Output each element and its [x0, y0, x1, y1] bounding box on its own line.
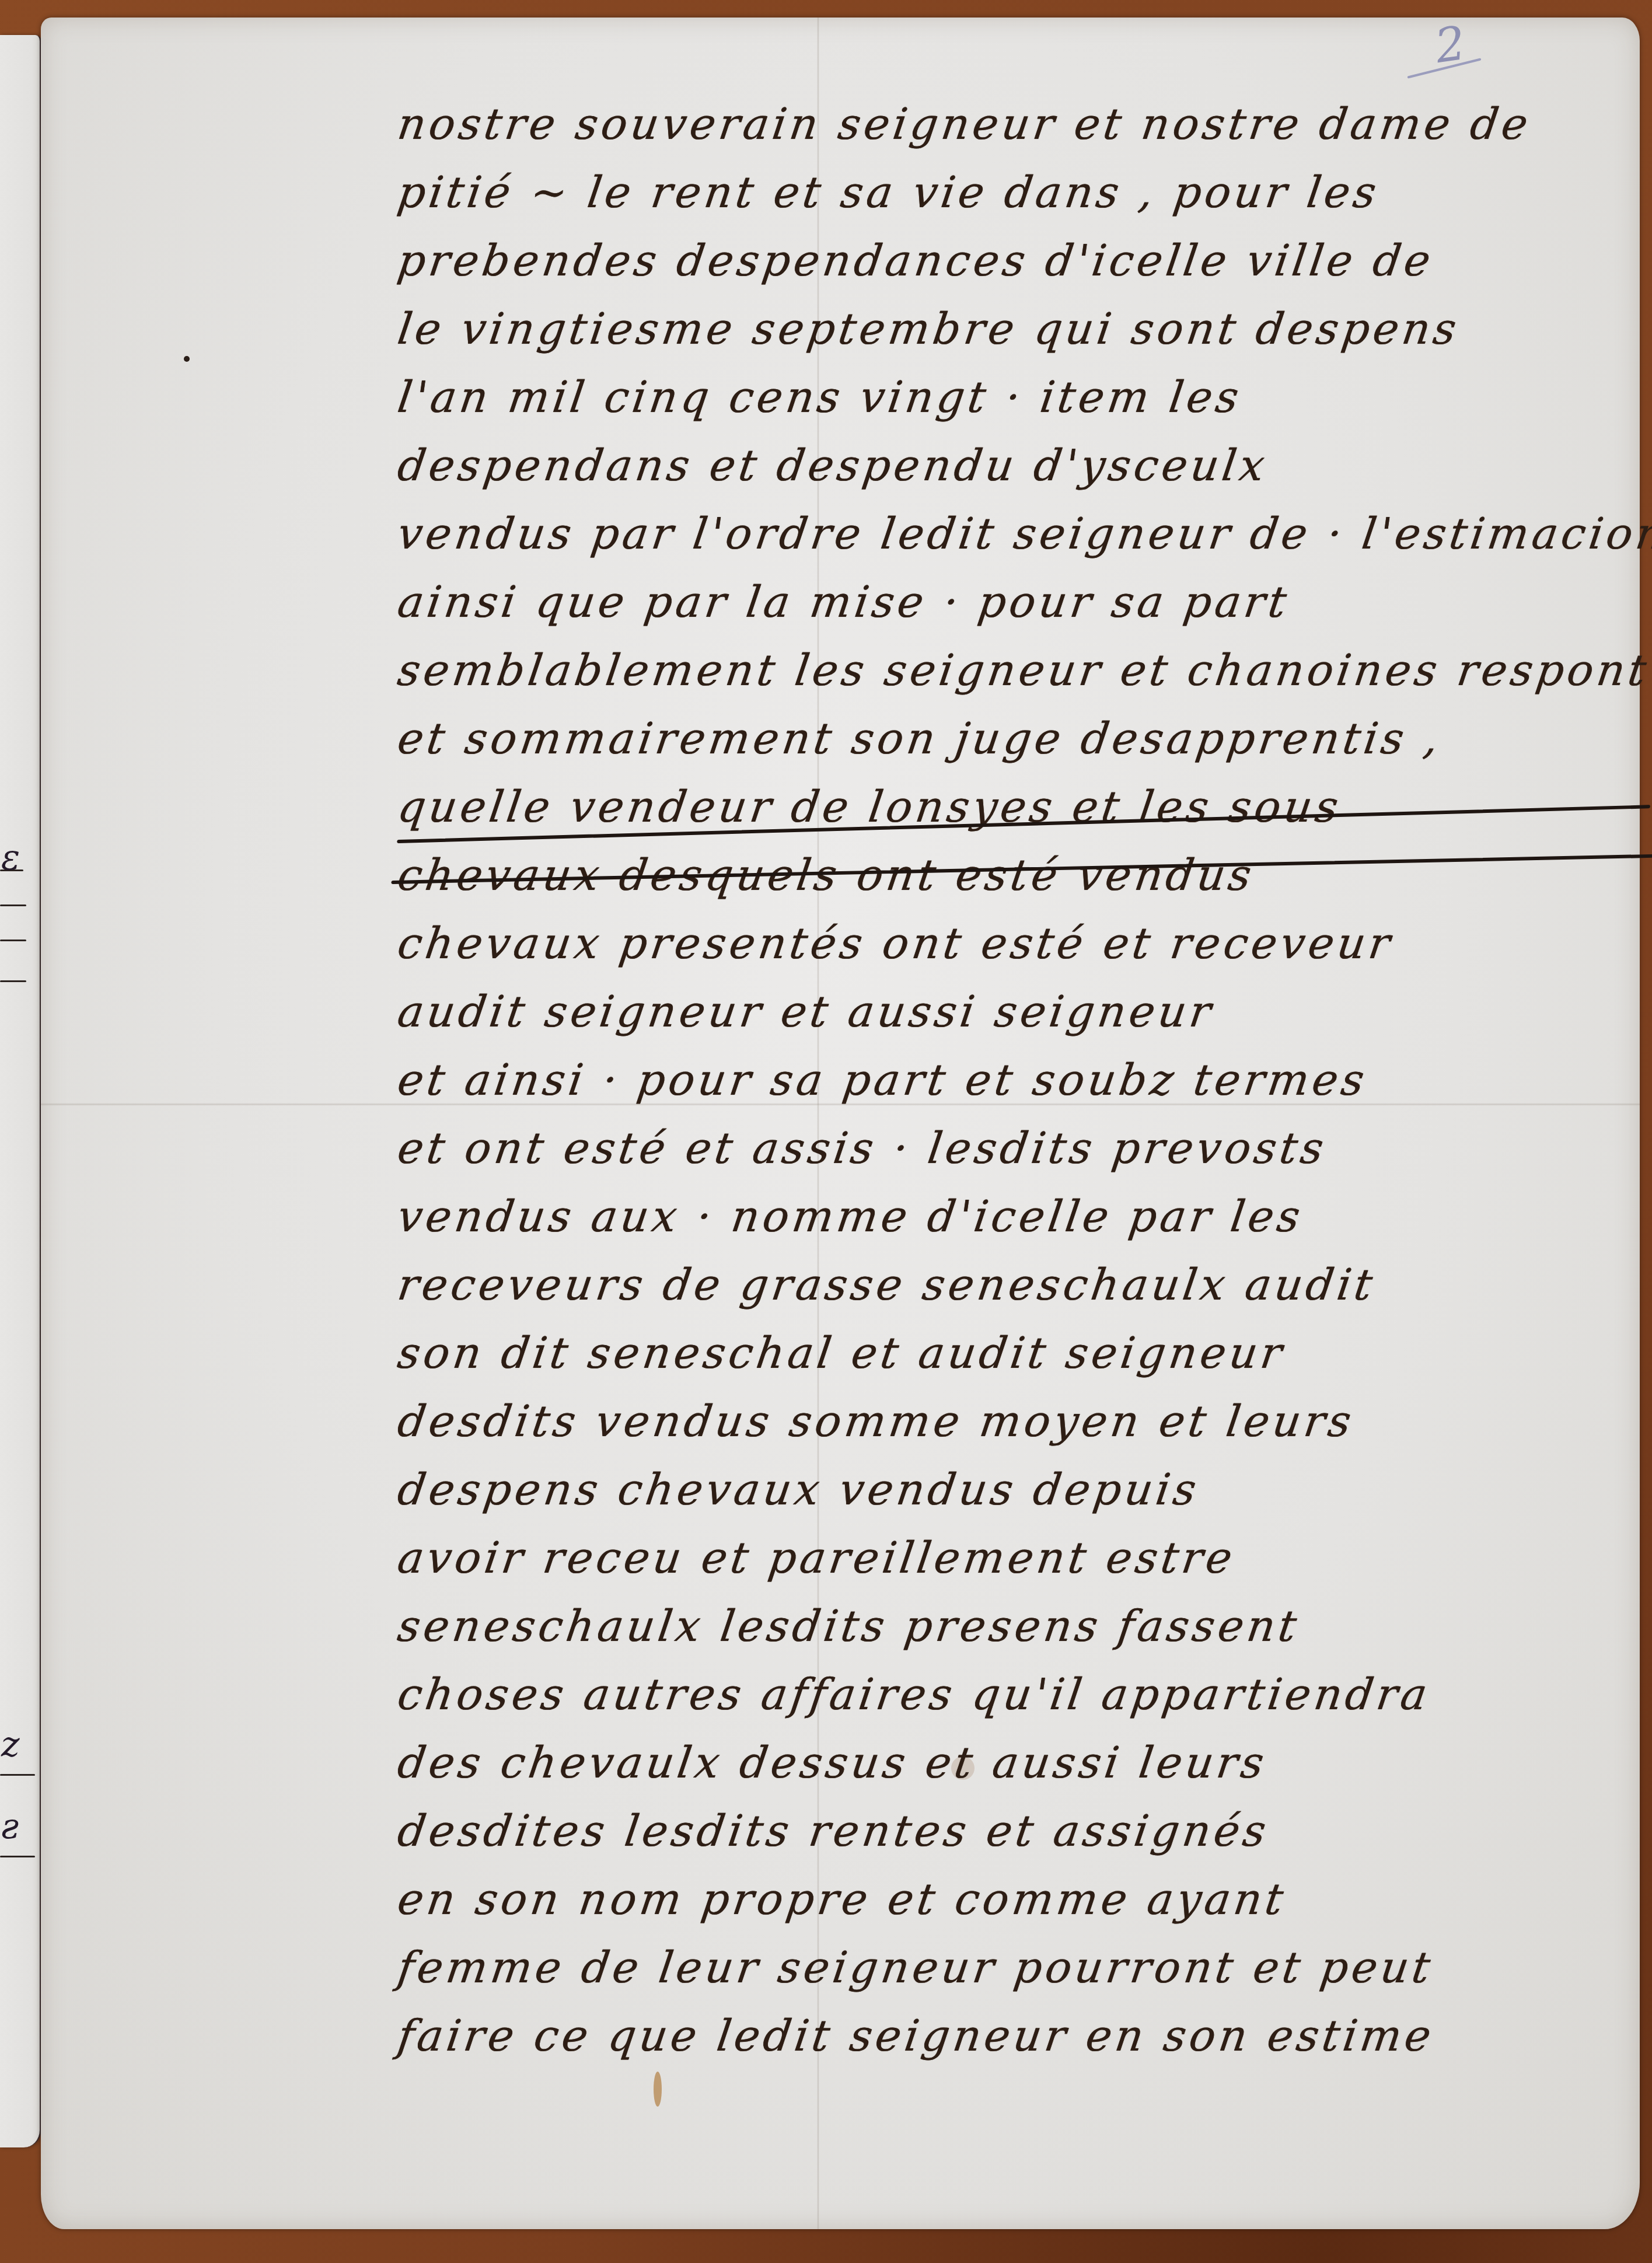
- text-line: avoir receu et pareillement estre: [392, 1533, 1652, 1601]
- text-line: nostre souverain seigneur et nostre dame…: [392, 99, 1652, 167]
- text-line: chevaux presentés ont esté et receveur: [392, 919, 1652, 987]
- text-line: pitié ~ le rent et sa vie dans , pour le…: [392, 167, 1652, 236]
- text-line: faire ce que ledit seigneur en son estim…: [392, 2011, 1652, 2079]
- text-line: en son nom propre et comme ayant: [392, 1874, 1652, 1943]
- manuscript-text: nostre souverain seigneur et nostre dame…: [397, 99, 1651, 2079]
- text-line: prebendes despendances d'icelle ville de: [392, 236, 1652, 304]
- ruled-line: [0, 1774, 35, 1776]
- leaf-fragment: ɛ: [1, 840, 20, 875]
- text-line: quelle vendeur de lonsyes et les sous: [392, 782, 1652, 850]
- text-line: des chevaulx dessus et aussi leurs: [392, 1738, 1652, 1806]
- ruled-line: [0, 1856, 35, 1857]
- text-line: femme de leur seigneur pourront et peut: [392, 1943, 1652, 2011]
- leaf-fragment: ƨ: [1, 1809, 19, 1844]
- text-line: despens chevaux vendus depuis: [392, 1465, 1652, 1533]
- previous-leaf-edge: ɛ z ƨ: [0, 35, 41, 2147]
- text-line: despendans et despendu d'ysceulx: [392, 441, 1652, 509]
- text-line: le vingtiesme septembre qui sont despens: [392, 304, 1652, 372]
- ink-spot: [184, 356, 190, 362]
- text-line: desdites lesdits rentes et assignés: [392, 1806, 1652, 1874]
- text-line: et ainsi · pour sa part et soubz termes: [392, 1055, 1652, 1123]
- ruled-line: [0, 980, 26, 982]
- text-line: et ont esté et assis · lesdits prevosts: [392, 1123, 1652, 1192]
- leaf-fragment: z: [1, 1727, 20, 1762]
- text-line: vendus aux · nomme d'icelle par les: [392, 1192, 1652, 1260]
- struck-text-line: chevaux desquels ont esté vendus: [392, 850, 1652, 919]
- ruled-line: [0, 940, 26, 941]
- text-line: ainsi que par la mise · pour sa part: [392, 577, 1652, 645]
- text-line: son dit seneschal et audit seigneur: [392, 1328, 1652, 1396]
- text-line: semblablement les seigneur et chanoines …: [392, 645, 1652, 714]
- text-line: desdits vendus somme moyen et leurs: [392, 1396, 1652, 1465]
- text-line: vendus par l'ordre ledit seigneur de · l…: [392, 509, 1652, 577]
- text-line: choses autres affaires qu'il appartiendr…: [392, 1670, 1652, 1738]
- manuscript-page: 2 nostre souverain seigneur et nostre da…: [41, 18, 1640, 2229]
- ruled-line: [0, 904, 26, 906]
- text-line: l'an mil cinq cens vingt · item les: [392, 372, 1652, 441]
- text-line: audit seigneur et aussi seigneur: [392, 987, 1652, 1055]
- text-line: seneschaulx lesdits presens fassent: [392, 1601, 1652, 1670]
- text-line: receveurs de grasse seneschaulx audit: [392, 1260, 1652, 1328]
- text-line: et sommairement son juge desapprentis ,: [392, 714, 1652, 782]
